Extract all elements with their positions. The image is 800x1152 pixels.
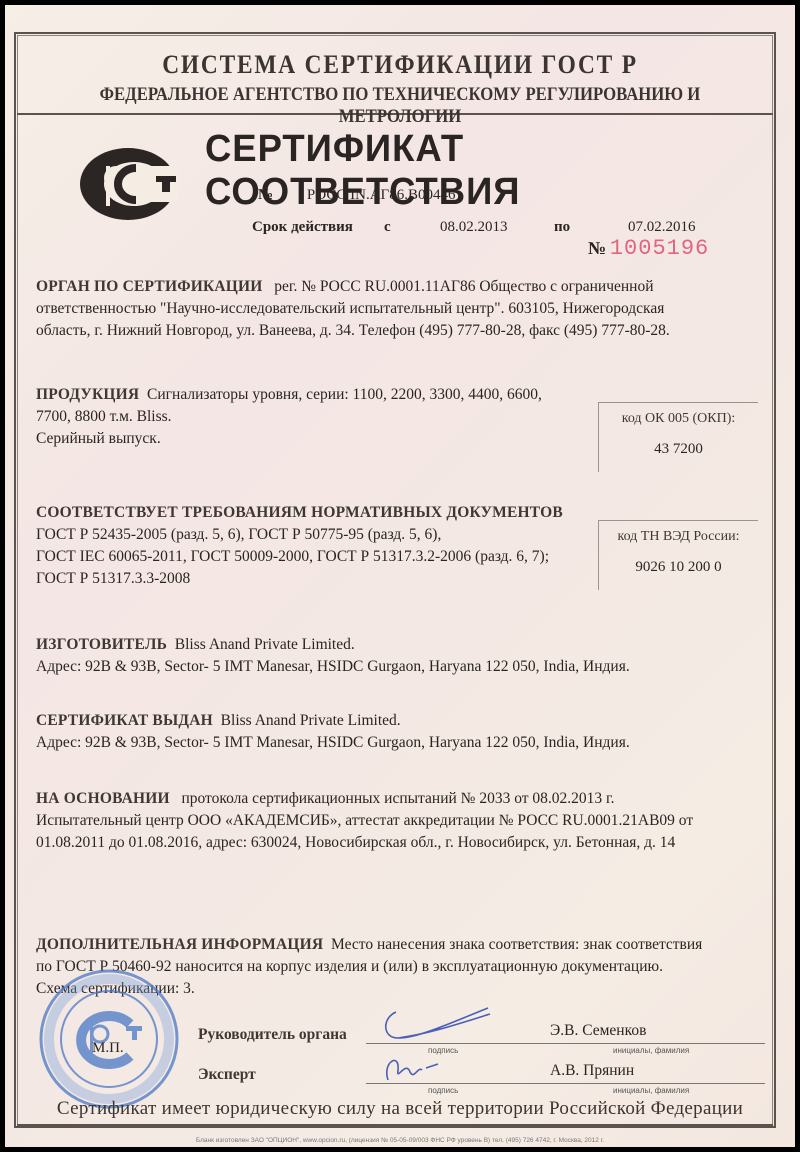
additional-info-heading: ДОПОЛНИТЕЛЬНАЯ ИНФОРМАЦИЯ	[36, 936, 323, 953]
certification-body-line1: рег. № РОСС RU.0001.11АГ86 Общество с ог…	[274, 278, 653, 295]
stamp-seal-icon	[38, 968, 180, 1110]
expert-name-line	[543, 1083, 765, 1084]
certificate-number: РОСС IN.АГ86.В00446	[307, 187, 456, 203]
serial-number-row: № 1005196	[588, 236, 709, 261]
serial-label: №	[588, 238, 606, 258]
basis-section: НА ОСНОВАНИИ протокола сертификационных …	[36, 788, 693, 854]
tnved-code-value: 9026 10 200 0	[599, 559, 758, 576]
product-line3: Серийный выпуск.	[36, 428, 542, 450]
issued-to-heading: СЕРТИФИКАТ ВЫДАН	[36, 712, 213, 729]
rst-mark-icon	[78, 146, 178, 222]
head-name-caption: инициалы, фамилия	[613, 1046, 689, 1055]
compliance-heading: СООТВЕТСТВУЕТ ТРЕБОВАНИЯМ НОРМАТИВНЫХ ДО…	[36, 502, 563, 524]
expert-name-caption: инициалы, фамилия	[613, 1086, 689, 1095]
certificate-number-row: № РОСС IN.АГ86.В00446	[258, 187, 455, 204]
footer-divider	[17, 1124, 773, 1126]
okp-code-box: код ОК 005 (ОКП): 43 7200	[598, 402, 758, 472]
certification-body-line3: область, г. Нижний Новгород, ул. Ванеева…	[36, 320, 670, 342]
number-label: №	[258, 187, 273, 203]
basis-line3: 01.08.2011 до 01.08.2016, адрес: 630024,…	[36, 832, 693, 854]
product-line2: 7700, 8800 т.м. Bliss.	[36, 406, 542, 428]
expert-role: Эксперт	[198, 1066, 256, 1084]
basis-line2: Испытательный центр ООО «АКАДЕМСИБ», атт…	[36, 810, 693, 832]
expert-signature-caption: подпись	[428, 1086, 458, 1095]
basis-line1: протокола сертификационных испытаний № 2…	[181, 790, 614, 807]
manufacturer-name: Bliss Anand Private Limited.	[175, 636, 355, 653]
stamp-label: М.П.	[92, 1040, 124, 1057]
head-name-line	[543, 1043, 765, 1044]
issued-to-section: СЕРТИФИКАТ ВЫДАН Bliss Anand Private Lim…	[36, 710, 630, 754]
compliance-section: СООТВЕТСТВУЕТ ТРЕБОВАНИЯМ НОРМАТИВНЫХ ДО…	[36, 502, 563, 590]
okp-code-value: 43 7200	[599, 441, 758, 458]
compliance-line3: ГОСТ Р 51317.3.3-2008	[36, 568, 563, 590]
basis-heading: НА ОСНОВАНИИ	[36, 790, 170, 807]
tnved-code-box: код ТН ВЭД России: 9026 10 200 0	[598, 520, 758, 590]
head-name: Э.В. Семенков	[550, 1022, 646, 1040]
certification-body-line2: ответственностью "Научно-исследовательск…	[36, 298, 670, 320]
product-section: ПРОДУКЦИЯ Сигнализаторы уровня, серии: 1…	[36, 384, 542, 450]
head-role: Руководитель органа	[198, 1026, 347, 1044]
expert-name: А.В. Прянин	[550, 1062, 634, 1080]
okp-code-label: код ОК 005 (ОКП):	[599, 411, 758, 427]
product-heading: ПРОДУКЦИЯ	[36, 386, 139, 403]
head-signature-icon	[378, 1004, 498, 1048]
compliance-line2: ГОСТ IEC 60065-2011, ГОСТ 50009-2000, ГО…	[36, 546, 563, 568]
validity-from-date: 08.02.2013	[440, 219, 508, 236]
expert-signature-icon	[380, 1052, 450, 1086]
manufacturer-heading: ИЗГОТОВИТЕЛЬ	[36, 636, 167, 653]
footer-printer-note: Бланк изготовлен ЗАО "ОПЦИОН", www.opcio…	[0, 1137, 800, 1144]
system-title: СИСТЕМА СЕРТИФИКАЦИИ ГОСТ Р	[40, 50, 760, 80]
legal-notice: Сертификат имеет юридическую силу на все…	[0, 1098, 800, 1120]
serial-number: 1005196	[610, 236, 709, 261]
tnved-code-label: код ТН ВЭД России:	[599, 529, 758, 545]
validity-from-label: с	[384, 219, 391, 236]
validity-to-label: по	[554, 219, 570, 236]
validity-to-date: 07.02.2016	[628, 219, 696, 236]
validity-label: Срок действия	[252, 219, 353, 236]
manufacturer-section: ИЗГОТОВИТЕЛЬ Bliss Anand Private Limited…	[36, 634, 630, 678]
additional-info-line1: Место нанесения знака соответствия: знак…	[331, 936, 702, 953]
compliance-line1: ГОСТ Р 52435-2005 (разд. 5, 6), ГОСТ Р 5…	[36, 524, 563, 546]
agency-name: ФЕДЕРАЛЬНОЕ АГЕНТСТВО ПО ТЕХНИЧЕСКОМУ РЕ…	[48, 84, 752, 128]
manufacturer-address: Адрес: 92B & 93B, Sector- 5 IMT Manesar,…	[36, 656, 630, 678]
issued-to-name: Bliss Anand Private Limited.	[221, 712, 401, 729]
certification-body-section: ОРГАН ПО СЕРТИФИКАЦИИ рег. № РОСС RU.000…	[36, 276, 670, 342]
certification-body-heading: ОРГАН ПО СЕРТИФИКАЦИИ	[36, 278, 263, 295]
product-line1: Сигнализаторы уровня, серии: 1100, 2200,…	[147, 386, 542, 403]
issued-to-address: Адрес: 92B & 93B, Sector- 5 IMT Manesar,…	[36, 732, 630, 754]
